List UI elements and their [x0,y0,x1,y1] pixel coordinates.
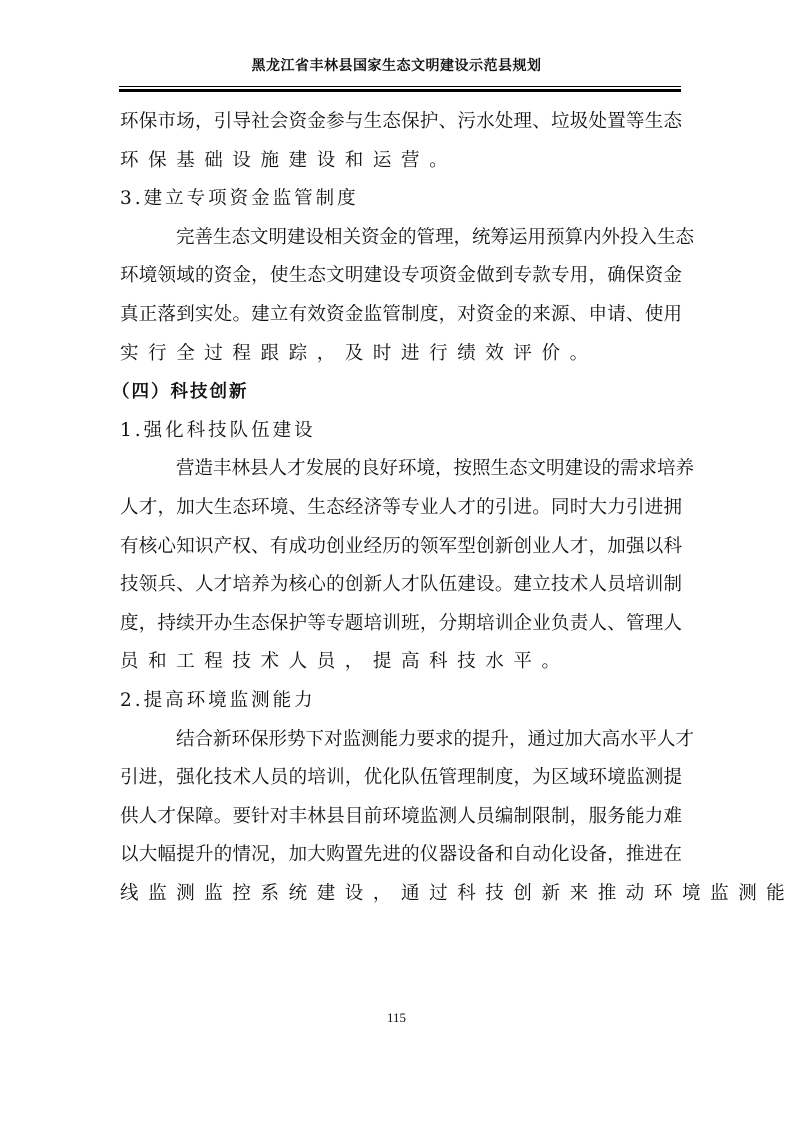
body-line: 结合新环保形势下对监测能力要求的提升，通过加大高水平人才 [120,721,682,760]
page-number: 115 [0,1010,793,1026]
subheading-env-monitoring: 2.提高环境监测能力 [120,682,682,721]
body-line: 供人才保障。要针对丰林县目前环境监测人员编制限制，服务能力难 [120,798,682,837]
body-line: 环保市场，引导社会资金参与生态保护、污水处理、垃圾处置等生态 [120,103,682,142]
body-line: 线监测监控系统建设，通过科技创新来推动环境监测能力建设。 [120,875,682,914]
section-heading-tech-innovation: （四）科技创新 [112,373,682,412]
body-line: 引进，强化技术人员的培训，优化队伍管理制度，为区域环境监测提 [120,759,682,798]
body-line: 环保基础设施建设和运营。 [120,142,682,181]
body-line: 度，持续开办生态保护等专题培训班，分期培训企业负责人、管理人 [120,605,682,644]
page-body: 环保市场，引导社会资金参与生态保护、污水处理、垃圾处置等生态 环保基础设施建设和… [120,103,682,913]
body-line: 有核心知识产权、有成功创业经历的领军型创新创业人才，加强以科 [120,528,682,567]
header-rule-thick [119,89,681,92]
body-line: 人才，加大生态环境、生态经济等专业人才的引进。同时大力引进拥 [120,489,682,528]
subheading-capital-supervision: 3.建立专项资金监管制度 [120,180,682,219]
body-line: 技领兵、人才培养为核心的创新人才队伍建设。建立技术人员培训制 [120,566,682,605]
body-line: 完善生态文明建设相关资金的管理，统筹运用预算内外投入生态 [120,219,682,258]
body-line: 实行全过程跟踪，及时进行绩效评价。 [120,335,682,374]
body-line: 真正落到实处。建立有效资金监管制度，对资金的来源、申请、使用 [120,296,682,335]
document-title: 黑龙江省丰林县国家生态文明建设示范县规划 [0,55,793,75]
header-rule-thin [119,86,681,87]
body-line: 营造丰林县人才发展的良好环境，按照生态文明建设的需求培养 [120,450,682,489]
subheading-tech-team: 1.强化科技队伍建设 [120,412,682,451]
body-line: 以大幅提升的情况，加大购置先进的仪器设备和自动化设备，推进在 [120,836,682,875]
body-line: 员和工程技术人员，提高科技水平。 [120,643,682,682]
body-line: 环境领域的资金，使生态文明建设专项资金做到专款专用，确保资金 [120,257,682,296]
